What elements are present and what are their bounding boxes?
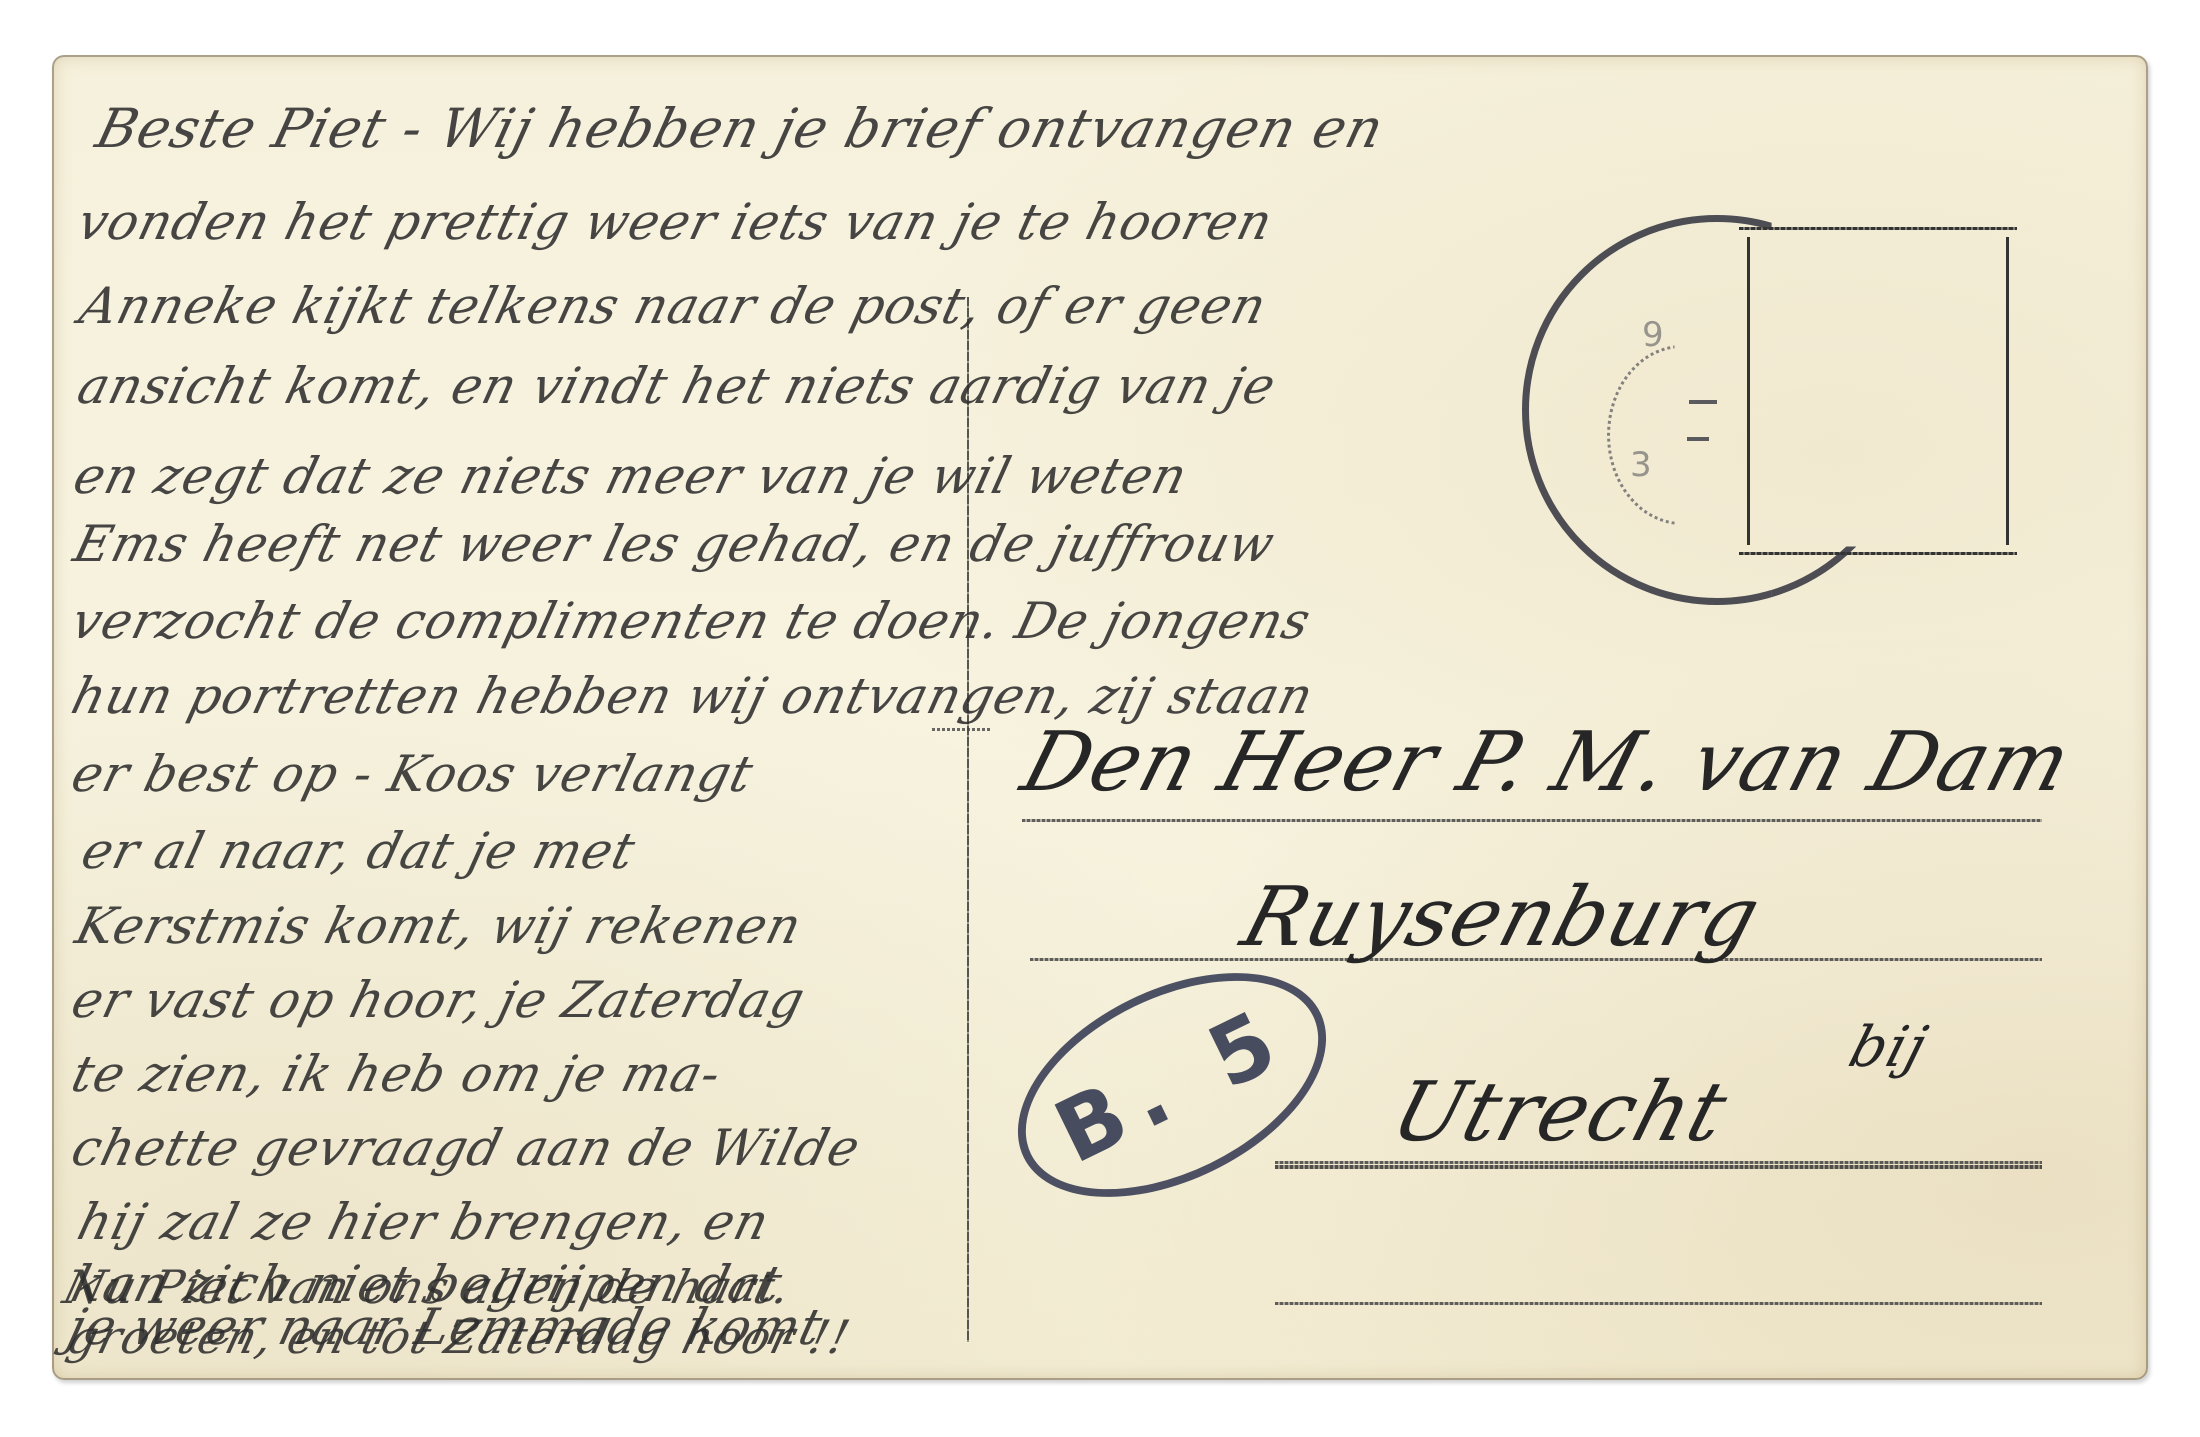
- message-line: hij zal ze hier brengen, en: [72, 1193, 776, 1251]
- postmark-date-fragment: 9: [1642, 315, 1664, 355]
- b5-stamp-label: B. 5: [1040, 987, 1303, 1184]
- postmark-tick: [1689, 400, 1717, 404]
- recipient-bij: bij: [1842, 1015, 1935, 1080]
- postmark-tick: [1687, 437, 1709, 441]
- message-line: er al naar, dat je met: [76, 822, 641, 880]
- message-line: verzocht de complimenten te doen. De jon…: [66, 592, 1317, 650]
- recipient-estate: Ruysenburg: [1232, 870, 1771, 965]
- message-line: Anneke kijkt telkens naar de post, of er…: [74, 277, 1273, 335]
- postcard: Beste Piet - Wij hebben je brief ontvang…: [52, 55, 2148, 1380]
- divider-tick-mark: [932, 728, 992, 731]
- address-line-3: [1275, 1161, 2042, 1169]
- b5-oval-stamp: B. 5: [982, 927, 1362, 1242]
- message-line: Kerstmis komt, wij rekenen: [70, 897, 808, 955]
- message-line: groeten, en tot Zaterdag hoor !!: [62, 1310, 856, 1364]
- message-line: chette gevraagd aan de Wilde: [66, 1119, 867, 1177]
- message-line: Ems heeft net weer les gehad, en de juff…: [68, 515, 1281, 573]
- recipient-city: Utrecht: [1382, 1065, 1738, 1160]
- message-line: ansicht komt, en vindt het niets aardig …: [72, 357, 1282, 415]
- recipient-name: Den Heer P. M. van Dam: [1012, 715, 2081, 810]
- stamp-placeholder-box: [1747, 227, 2009, 555]
- address-line-4: [1275, 1302, 2042, 1305]
- message-line: en zegt dat ze niets meer van je wil wet…: [68, 447, 1194, 505]
- message-line: Beste Piet - Wij hebben je brief ontvang…: [90, 97, 1391, 160]
- message-line: er best op - Koos verlangt: [66, 745, 759, 803]
- address-line-1: [1022, 819, 2042, 822]
- postmark-date-fragment: 3: [1630, 445, 1652, 485]
- message-line: er vast op hoor, je Zaterdag: [66, 971, 811, 1029]
- message-line: te zien, ik heb om je ma-: [66, 1045, 727, 1103]
- message-line: vonden het prettig weer iets van je te h…: [72, 193, 1279, 251]
- message-line: Nu Piet van ons allen de hart.: [58, 1260, 797, 1314]
